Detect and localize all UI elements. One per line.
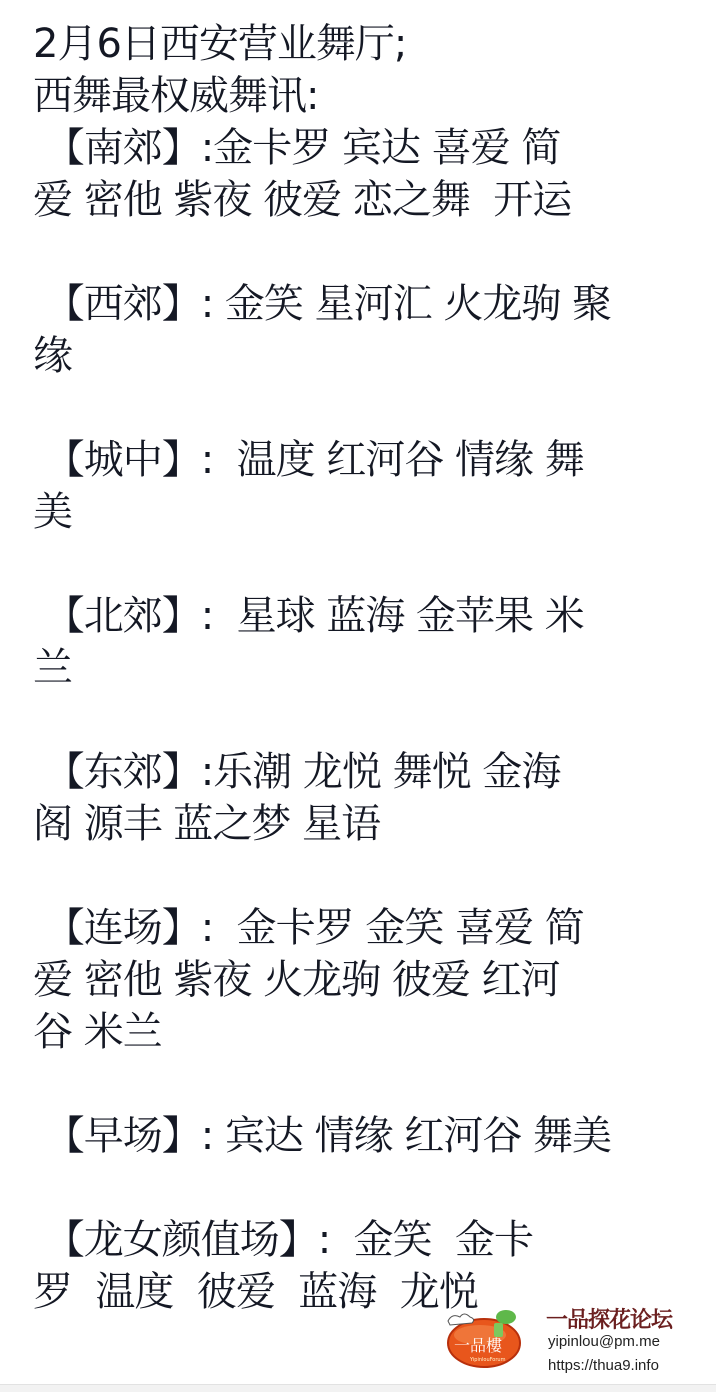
section-chengzhong: 【城中】: 温度 红河谷 情缘 舞 美: [33, 434, 705, 538]
dance-hall-listing: 2月6日西安营业舞厅; 西舞最权威舞讯: 【南郊】:金卡罗 宾达 喜爱 简 爱 …: [33, 18, 705, 1318]
section-zaochang: 【早场】: 宾达 情缘 红河谷 舞美: [33, 1110, 705, 1162]
section-line: 兰: [33, 642, 705, 694]
header-date-line: 2月6日西安营业舞厅;: [33, 18, 705, 70]
section-xijiao: 【西郊】: 金笑 星河汇 火龙驹 聚 缘: [33, 278, 705, 382]
section-dongjiao: 【东郊】:乐潮 龙悦 舞悦 金海 阁 源丰 蓝之梦 星语: [33, 746, 705, 850]
section-line: 阁 源丰 蓝之梦 星语: [33, 798, 705, 850]
forum-watermark: 一品樓 YipinlouForum 一品探花论坛 yipinlou@pm.me …: [444, 1303, 716, 1373]
header-subtitle-line: 西舞最权威舞讯:: [33, 70, 705, 122]
section-nanjiao: 【南郊】:金卡罗 宾达 喜爱 简 爱 密他 紫夜 彼爱 恋之舞 开运: [33, 122, 705, 226]
svg-text:一品樓: 一品樓: [454, 1336, 503, 1355]
section-line: 【早场】: 宾达 情缘 红河谷 舞美: [33, 1110, 705, 1162]
forum-url: https://thua9.info: [548, 1357, 659, 1374]
section-line: 【城中】: 温度 红河谷 情缘 舞: [33, 434, 705, 486]
forum-logo-icon: 一品樓 YipinlouForum: [444, 1307, 530, 1369]
forum-title: 一品探花论坛: [546, 1303, 672, 1334]
section-line: 爱 密他 紫夜 火龙驹 彼爱 红河: [33, 954, 705, 1006]
section-line: 美: [33, 486, 705, 538]
section-lianchang: 【连场】: 金卡罗 金笑 喜爱 简 爱 密他 紫夜 火龙驹 彼爱 红河 谷 米兰: [33, 902, 705, 1058]
section-line: 【西郊】: 金笑 星河汇 火龙驹 聚: [33, 278, 705, 330]
svg-text:YipinlouForum: YipinlouForum: [469, 1357, 506, 1363]
forum-email: yipinlou@pm.me: [548, 1333, 660, 1350]
section-line: 谷 米兰: [33, 1006, 705, 1058]
section-line: 【南郊】:金卡罗 宾达 喜爱 简: [33, 122, 705, 174]
section-line: 【东郊】:乐潮 龙悦 舞悦 金海: [33, 746, 705, 798]
section-beijiao: 【北郊】: 星球 蓝海 金苹果 米 兰: [33, 590, 705, 694]
bottom-border: [0, 1384, 716, 1392]
section-line: 【北郊】: 星球 蓝海 金苹果 米: [33, 590, 705, 642]
section-line: 爱 密他 紫夜 彼爱 恋之舞 开运: [33, 174, 705, 226]
section-line: 【连场】: 金卡罗 金笑 喜爱 简: [33, 902, 705, 954]
section-line: 【龙女颜值场】: 金笑 金卡: [33, 1214, 705, 1266]
section-line: 缘: [33, 330, 705, 382]
